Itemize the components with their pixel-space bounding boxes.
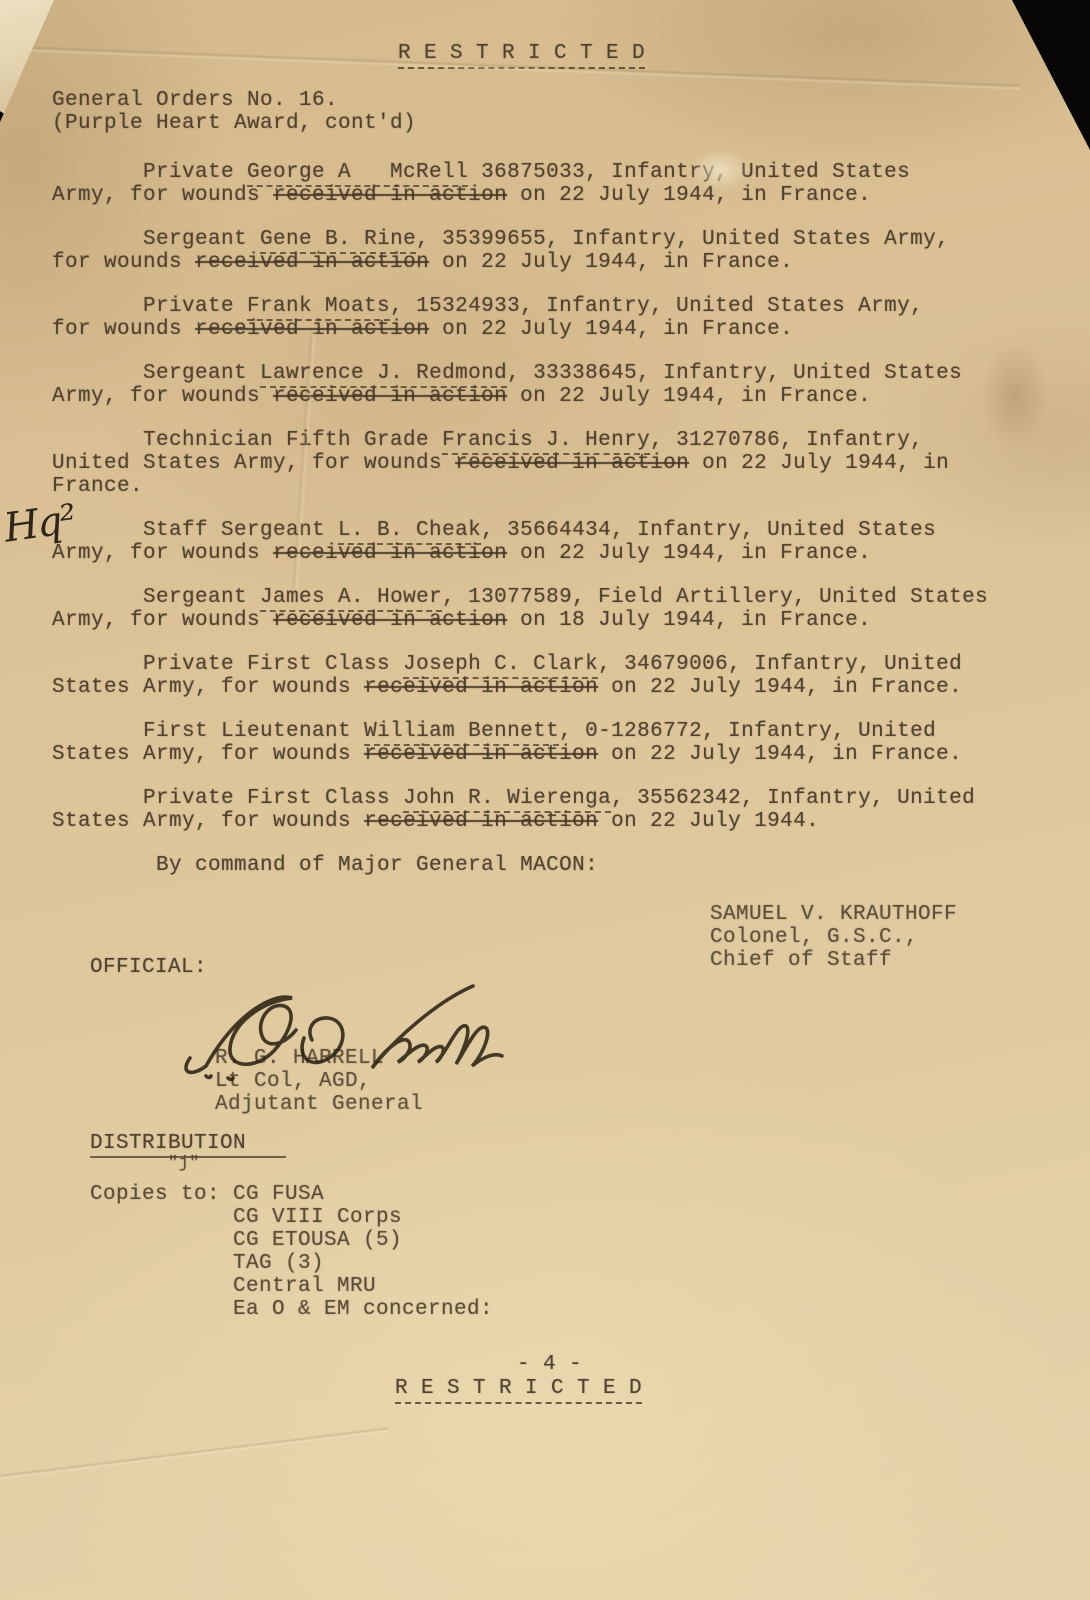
order-text-line: for wounds received in action on 22 July… xyxy=(52,251,1052,274)
order-text-line: Private George A McRell 36875033, Infant… xyxy=(52,161,1052,184)
copies-line: Ea O & EM concerned: xyxy=(90,1298,1052,1321)
order-text: , 13077589, Field Artillery, United Stat… xyxy=(442,586,988,609)
order-text: on 22 July 1944, in France. xyxy=(598,743,962,766)
adjutant-block-line: Lt Col, AGD, xyxy=(215,1070,1052,1093)
order-text: received in action xyxy=(273,184,507,207)
order-text: , 0-1286772, Infantry, United xyxy=(559,720,936,743)
signature-block-line: SAMUEL V. KRAUTHOFF xyxy=(710,903,1052,926)
order-text: for wounds xyxy=(52,251,195,274)
handwritten-margin-note: Hq² xyxy=(2,499,77,548)
classification-header: R E S T R I C T E D xyxy=(398,42,1052,65)
order-paragraph: Staff Sergeant L. B. Cheak, 35664434, In… xyxy=(52,519,1052,565)
order-text: on 22 July 1944, in France. xyxy=(507,385,871,408)
order-text: United States Army, for wounds xyxy=(52,452,455,475)
order-text-line: Private First Class Joseph C. Clark, 346… xyxy=(52,653,1052,676)
order-text: , 33338645, Infantry, United States xyxy=(507,362,962,385)
copies-line: Central MRU xyxy=(90,1275,1052,1298)
order-text: for wounds xyxy=(52,318,195,341)
order-text-line: Private Frank Moats, 15324933, Infantry,… xyxy=(52,295,1052,318)
order-text: received in action xyxy=(273,385,507,408)
order-text-line: United States Army, for wounds received … xyxy=(52,452,1052,475)
paper-crease xyxy=(0,1426,389,1483)
order-paragraph: Private Frank Moats, 15324933, Infantry,… xyxy=(52,295,1052,341)
order-text-line: Army, for wounds received in action on 2… xyxy=(52,542,1052,565)
by-command-line: By command of Major General MACON: xyxy=(52,854,1052,877)
order-text: Army, for wounds xyxy=(52,385,273,408)
copies-line: CG VIII Corps xyxy=(90,1206,1052,1229)
order-text: France. xyxy=(52,475,143,498)
order-text: Private First Class xyxy=(52,653,403,676)
order-text-line: States Army, for wounds received in acti… xyxy=(52,743,1052,766)
order-paragraph: Sergeant James A. Hower, 13077589, Field… xyxy=(52,586,1052,632)
order-text-line: Sergeant Lawrence J. Redmond, 33338645, … xyxy=(52,362,1052,385)
order-text-line: States Army, for wounds received in acti… xyxy=(52,810,1052,833)
adjutant-general-block: R. G. HARRELLLt Col, AGD,Adjutant Genera… xyxy=(52,1047,1052,1116)
order-text: , 35664434, Infantry, United States xyxy=(481,519,936,542)
order-paragraph: Sergeant Gene B. Rine, 35399655, Infantr… xyxy=(52,228,1052,274)
distribution-label: DISTRIBUTION xyxy=(90,1132,1052,1155)
copies-line: Copies to: CG FUSA xyxy=(90,1183,1052,1206)
order-paragraph: Sergeant Lawrence J. Redmond, 33338645, … xyxy=(52,362,1052,408)
order-text: States Army, for wounds xyxy=(52,810,364,833)
order-text-line: Technician Fifth Grade Francis J. Henry,… xyxy=(52,429,1052,452)
copies-line: TAG (3) xyxy=(90,1252,1052,1275)
subject-line: (Purple Heart Award, cont'd) xyxy=(52,112,1052,135)
award-paragraphs: Private George A McRell 36875033, Infant… xyxy=(52,161,1052,833)
order-text: Sergeant xyxy=(52,228,260,251)
order-text-line: Sergeant James A. Hower, 13077589, Field… xyxy=(52,586,1052,609)
order-text: 36875033, Infantry, United States xyxy=(468,161,910,184)
order-text: received in action xyxy=(273,609,507,632)
order-text: Army, for wounds xyxy=(52,542,273,565)
order-text: Private xyxy=(52,161,247,184)
classification-footer: R E S T R I C T E D xyxy=(395,1377,1052,1400)
order-text: received in action xyxy=(364,676,598,699)
order-text: , 34679006, Infantry, United xyxy=(598,653,962,676)
order-paragraph: Private George A McRell 36875033, Infant… xyxy=(52,161,1052,207)
copies-line: CG ETOUSA (5) xyxy=(90,1229,1052,1252)
order-text: on 22 July 1944, in France. xyxy=(598,676,962,699)
signature-block-line: Colonel, G.S.C., xyxy=(710,926,1052,949)
adjutant-block-line: R. G. HARRELL xyxy=(215,1047,1052,1070)
order-text-line: Army, for wounds received in action on 2… xyxy=(52,184,1052,207)
order-text: received in action xyxy=(195,251,429,274)
order-text-line: France. xyxy=(52,475,1052,498)
order-text: on 22 July 1944, in France. xyxy=(429,318,793,341)
order-text-line: Army, for wounds received in action on 2… xyxy=(52,385,1052,408)
order-text: Technician Fifth Grade xyxy=(52,429,442,452)
order-text: received in action xyxy=(364,743,598,766)
order-text: Staff Sergeant xyxy=(52,519,338,542)
order-text: Private First Class xyxy=(52,787,403,810)
order-text: Sergeant xyxy=(52,362,260,385)
order-paragraph: Private First Class Joseph C. Clark, 346… xyxy=(52,653,1052,699)
order-text: on 22 July 1944. xyxy=(598,810,819,833)
order-text: Private xyxy=(52,295,247,318)
order-text: States Army, for wounds xyxy=(52,676,364,699)
scanned-document-stage: R E S T R I C T E D General Orders No. 1… xyxy=(0,0,1090,1600)
order-paragraph: Private First Class John R. Wierenga, 35… xyxy=(52,787,1052,833)
order-text-line: States Army, for wounds received in acti… xyxy=(52,676,1052,699)
order-paragraph: First Lieutenant William Bennett, 0-1286… xyxy=(52,720,1052,766)
order-text: on 22 July 1944, in France. xyxy=(507,542,871,565)
official-label: OFFICIAL: xyxy=(52,956,1052,979)
adjutant-block-line: Adjutant General xyxy=(215,1093,1052,1116)
order-text: , 35399655, Infantry, United States Army… xyxy=(416,228,949,251)
order-text: received in action xyxy=(195,318,429,341)
order-text-line: Private First Class John R. Wierenga, 35… xyxy=(52,787,1052,810)
order-text: First Lieutenant xyxy=(52,720,364,743)
general-orders-line: General Orders No. 16. xyxy=(52,89,1052,112)
order-text: Army, for wounds xyxy=(52,609,273,632)
distribution-section: DISTRIBUTION "j" xyxy=(52,1132,1052,1173)
order-text: on 18 July 1944, in France. xyxy=(507,609,871,632)
order-text: received in action xyxy=(273,542,507,565)
order-header: General Orders No. 16. (Purple Heart Awa… xyxy=(52,89,1052,135)
order-text: , 35562342, Infantry, United xyxy=(611,787,975,810)
order-text: received in action xyxy=(455,452,689,475)
document-page: R E S T R I C T E D General Orders No. 1… xyxy=(0,0,1090,1600)
order-text-line: for wounds received in action on 22 July… xyxy=(52,318,1052,341)
order-text: , 31270786, Infantry, xyxy=(650,429,923,452)
order-text-line: First Lieutenant William Bennett, 0-1286… xyxy=(52,720,1052,743)
order-text: Army, for wounds xyxy=(52,184,273,207)
order-text: , 15324933, Infantry, United States Army… xyxy=(390,295,923,318)
page-number: - 4 - xyxy=(517,1353,1052,1376)
order-text-line: Army, for wounds received in action on 1… xyxy=(52,609,1052,632)
copies-list: Copies to: CG FUSA CG VIII Corps CG ETOU… xyxy=(52,1183,1052,1321)
order-paragraph: Technician Fifth Grade Francis J. Henry,… xyxy=(52,429,1052,498)
order-text: on 22 July 1944, in France. xyxy=(429,251,793,274)
order-text: on 22 July 1944, in France. xyxy=(507,184,871,207)
order-text-line: Staff Sergeant L. B. Cheak, 35664434, In… xyxy=(52,519,1052,542)
order-text: on 22 July 1944, in xyxy=(689,452,949,475)
order-text-line: Sergeant Gene B. Rine, 35399655, Infantr… xyxy=(52,228,1052,251)
order-text: Sergeant xyxy=(52,586,260,609)
order-text: States Army, for wounds xyxy=(52,743,364,766)
order-text: received in action xyxy=(364,810,598,833)
